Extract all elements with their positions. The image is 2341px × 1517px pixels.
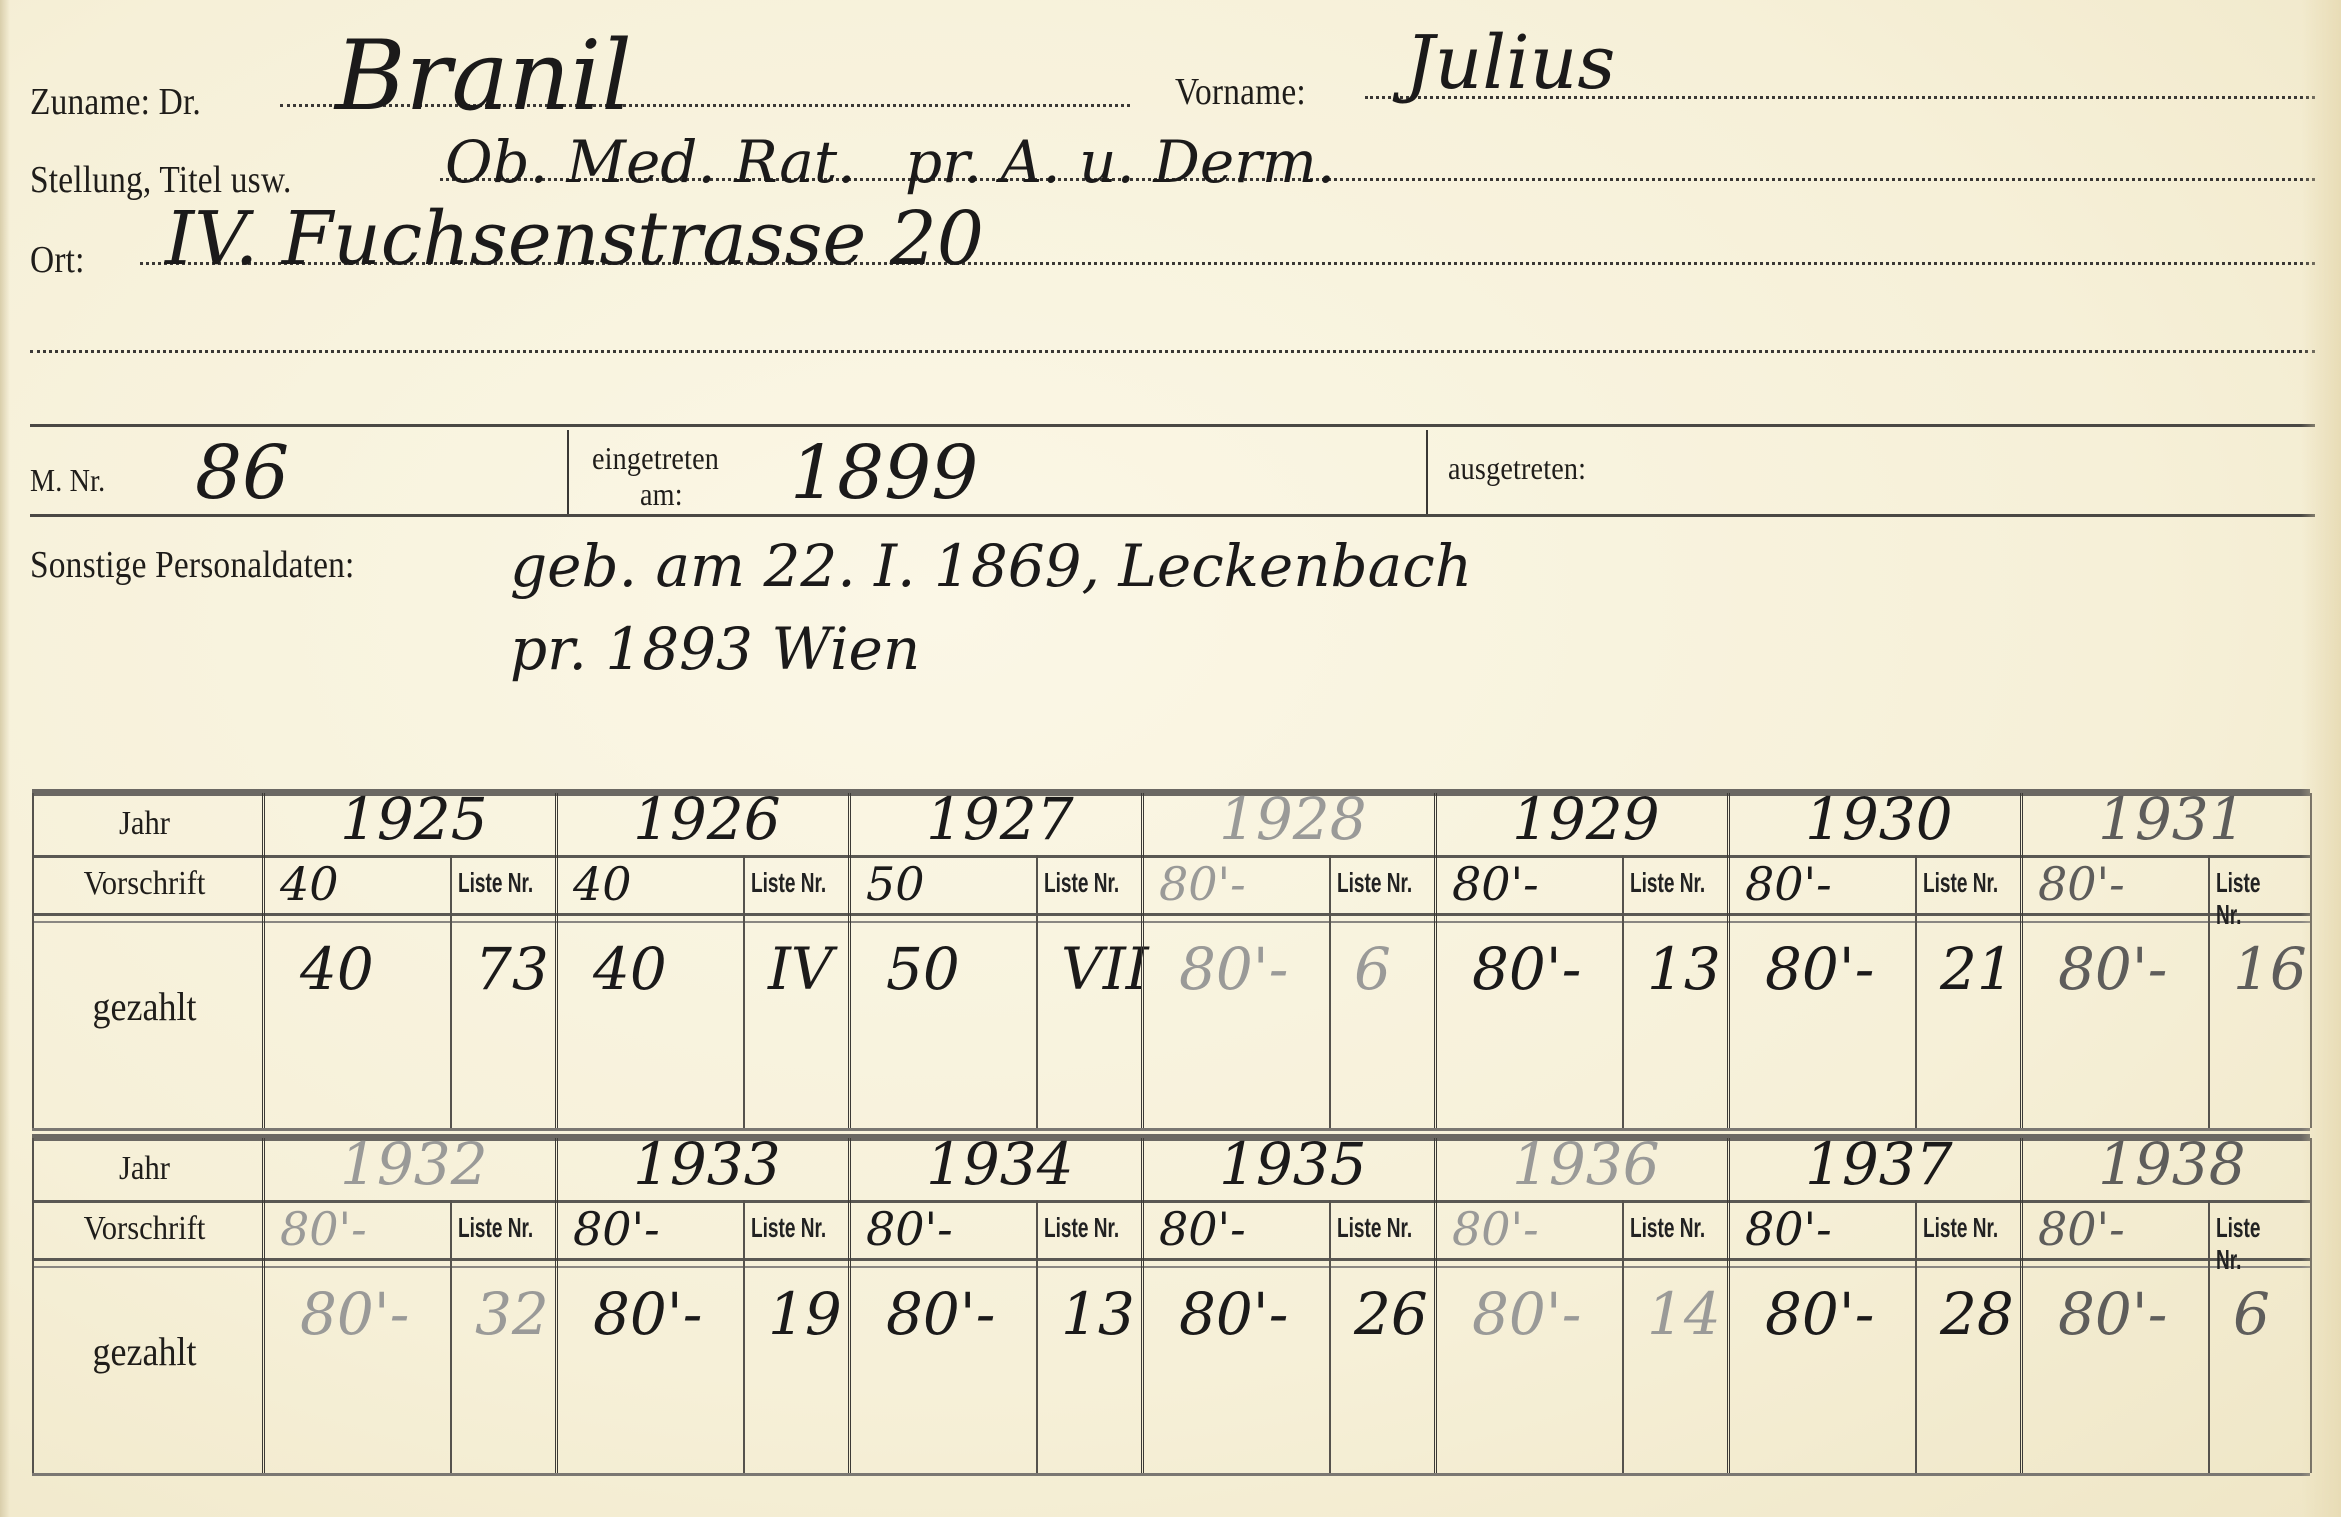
mnr-divider [567,430,569,514]
ausgetreten-label: ausgetreten: [1448,450,1586,487]
liste-nr-label: Liste Nr. [2216,1212,2280,1276]
year-1927: 1927 [926,785,1074,853]
liste-column-separator [2208,855,2210,1128]
gezahlt-value-1937: 80'- [1765,1280,1874,1348]
gezahlt-value-1930: 80'- [1765,935,1874,1003]
vorschrift-value-1935: 80'- [1159,1202,1246,1256]
liste-nr-label: Liste Nr. [1630,1212,1705,1244]
gezahlt-value-1936: 80'- [1472,1280,1581,1348]
mnr-label: M. Nr. [30,462,105,499]
payment-table-2: JahrVorschriftgezahlt193280'-Liste Nr.80… [32,1138,2310,1473]
year-1925: 1925 [340,785,488,853]
year-column-separator [1141,793,1144,1128]
year-1935: 1935 [1219,1130,1367,1198]
liste-column-separator [743,855,745,1128]
year-column-separator [1727,793,1730,1128]
vorschrift-value-1930: 80'- [1745,857,1832,911]
eingetreten-divider [1426,430,1428,514]
gezahlt-value-1925: 40 [300,935,374,1003]
gezahlt-value-1933: 80'- [593,1280,702,1348]
year-column-separator [2020,1138,2023,1473]
year-1938: 1938 [2098,1130,2246,1198]
vorschrift-value-1932: 80'- [280,1202,367,1256]
liste-column-separator [1915,855,1917,1128]
vorschrift-value-1927: 50 [866,857,925,911]
year-column-separator [1727,1138,1730,1473]
liste-value-1938: 6 [2233,1280,2270,1348]
stellung-value-1: Ob. Med. Rat. [445,128,856,196]
liste-column-separator [1622,855,1624,1128]
liste-column-separator [450,1200,452,1473]
eingetreten-label-1: eingetreten [592,440,719,477]
jahr-label: Jahr [43,1150,246,1188]
liste-value-1937: 28 [1940,1280,2014,1348]
liste-value-1934: 13 [1061,1280,1135,1348]
liste-nr-label: Liste Nr. [1923,867,1998,899]
sonstige-label: Sonstige Personaldaten: [30,543,354,587]
stellung-value-2: pr. A. u. Derm. [905,128,1335,196]
vorschrift-value-1931: 80'- [2038,857,2125,911]
ort-value: IV. Fuchsenstrasse 20 [165,196,984,282]
vorschrift-row-divider [32,1258,2310,1261]
gezahlt-value-1931: 80'- [2058,935,2167,1003]
year-column-separator [2020,793,2023,1128]
liste-value-1933: 19 [768,1280,842,1348]
gezahlt-label: gezahlt [43,983,246,1030]
liste-nr-label: Liste Nr. [458,867,533,899]
liste-column-separator [2208,1200,2210,1473]
liste-nr-label: Liste Nr. [751,1212,826,1244]
zuname-value: Branil [335,20,632,132]
vorschrift-value-1936: 80'- [1452,1202,1539,1256]
year-1926: 1926 [633,785,781,853]
table-left-border [32,1138,34,1473]
table-right-border [2310,793,2312,1128]
eingetreten-value: 1899 [790,430,978,516]
vorschrift-value-1938: 80'- [2038,1202,2125,1256]
liste-nr-label: Liste Nr. [751,867,826,899]
year-1931: 1931 [2098,785,2246,853]
ort-label: Ort: [30,238,85,282]
vorschrift-value-1928: 80'- [1159,857,1246,911]
liste-column-separator [1329,1200,1331,1473]
liste-value-1926: IV [768,935,833,1003]
table-left-border [32,793,34,1128]
liste-value-1932: 32 [475,1280,549,1348]
membership-card: Zuname: Dr. Branil Vorname: Julius Stell… [0,0,2341,1517]
year-1928: 1928 [1219,785,1367,853]
vorschrift-value-1925: 40 [280,857,339,911]
liste-column-separator [743,1200,745,1473]
liste-column-separator [1622,1200,1624,1473]
liste-column-separator [1036,855,1038,1128]
liste-nr-label: Liste Nr. [1337,1212,1412,1244]
year-column-separator [262,1138,265,1473]
liste-nr-label: Liste Nr. [1630,867,1705,899]
liste-column-separator [450,855,452,1128]
sonstige-value-2: pr. 1893 Wien [510,615,920,683]
gezahlt-value-1934: 80'- [886,1280,995,1348]
liste-nr-label: Liste Nr. [458,1212,533,1244]
liste-value-1928: 6 [1354,935,1391,1003]
gezahlt-value-1927: 50 [886,935,960,1003]
payment-table-1: JahrVorschriftgezahlt192540Liste Nr.4073… [32,793,2310,1128]
year-1933: 1933 [633,1130,781,1198]
gezahlt-value-1928: 80'- [1179,935,1288,1003]
gezahlt-value-1938: 80'- [2058,1280,2167,1348]
year-1934: 1934 [926,1130,1074,1198]
liste-nr-label: Liste Nr. [1923,1212,1998,1244]
liste-value-1931: 16 [2233,935,2307,1003]
sonstige-value-1: geb. am 22. I. 1869, Leckenbach [510,532,1472,600]
vorschrift-row-divider [32,913,2310,916]
year-column-separator [1141,1138,1144,1473]
year-column-separator [555,793,558,1128]
liste-value-1936: 14 [1647,1280,1721,1348]
year-column-separator [848,793,851,1128]
vorschrift-value-1929: 80'- [1452,857,1539,911]
year-1932: 1932 [340,1130,488,1198]
liste-nr-label: Liste Nr. [2216,867,2280,931]
vorschrift-value-1937: 80'- [1745,1202,1832,1256]
liste-value-1930: 21 [1940,935,2014,1003]
liste-column-separator [1329,855,1331,1128]
gezahlt-label: gezahlt [43,1328,246,1375]
gezahlt-value-1929: 80'- [1472,935,1581,1003]
year-1930: 1930 [1805,785,1953,853]
mnr-value: 86 [195,430,289,516]
gezahlt-value-1935: 80'- [1179,1280,1288,1348]
year-1937: 1937 [1805,1130,1953,1198]
liste-nr-label: Liste Nr. [1044,867,1119,899]
vorname-value: Julius [1405,20,1615,106]
vorschrift-value-1933: 80'- [573,1202,660,1256]
gezahlt-value-1932: 80'- [300,1280,409,1348]
gezahlt-value-1926: 40 [593,935,667,1003]
zuname-label: Zuname: Dr. [30,80,201,124]
year-column-separator [555,1138,558,1473]
liste-nr-label: Liste Nr. [1337,867,1412,899]
liste-column-separator [1036,1200,1038,1473]
mnr-row-bottom-rule [30,514,2315,517]
table-bottom-line [32,1473,2310,1476]
vorschrift-value-1934: 80'- [866,1202,953,1256]
blank-dotted-line [30,350,2315,353]
vorschrift-label: Vorschrift [43,1210,246,1248]
liste-nr-label: Liste Nr. [1044,1212,1119,1244]
liste-column-separator [1915,1200,1917,1473]
liste-value-1935: 26 [1354,1280,1428,1348]
year-1929: 1929 [1512,785,1660,853]
vorname-label: Vorname: [1175,70,1306,114]
liste-value-1929: 13 [1647,935,1721,1003]
year-column-separator [1434,793,1437,1128]
liste-value-1927: VII [1061,935,1149,1003]
year-column-separator [1434,1138,1437,1473]
jahr-label: Jahr [43,805,246,843]
year-1936: 1936 [1512,1130,1660,1198]
vorschrift-value-1926: 40 [573,857,632,911]
eingetreten-label-2: am: [640,476,683,513]
table-right-border [2310,1138,2312,1473]
liste-value-1925: 73 [475,935,549,1003]
vorschrift-label: Vorschrift [43,865,246,903]
year-column-separator [848,1138,851,1473]
year-column-separator [262,793,265,1128]
mnr-row-top-rule [30,424,2315,427]
